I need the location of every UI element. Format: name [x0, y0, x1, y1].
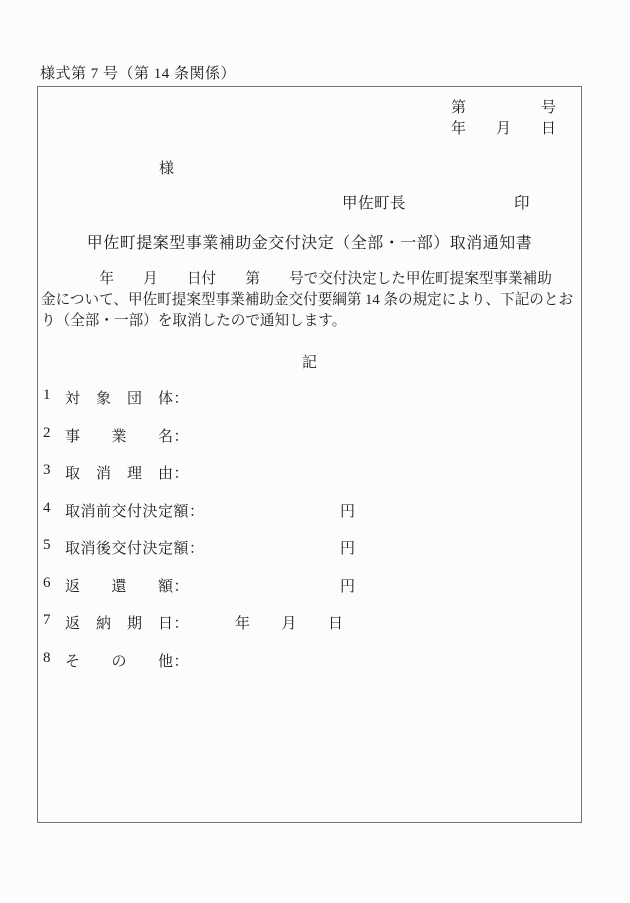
item-number: 8: [43, 650, 51, 667]
sender-title: 甲佐町長: [342, 191, 406, 213]
body-line-2: 金について、甲佐町提案型事業補助金交付要綱第 14 条の規定により、下記のとお: [41, 290, 580, 311]
item-number: 4: [43, 500, 51, 517]
item-number: 1: [43, 387, 51, 404]
addressee-honorific: 様: [159, 157, 174, 178]
list-item-cancellation-reason: 3 取 消 理 由：: [38, 462, 581, 500]
item-label: 取消前交付決定額：: [65, 500, 205, 521]
document-page: 様式第 7 号（第 14 条関係） 第 号 年 月 日 様 甲佐町長 印 甲佐町…: [0, 0, 630, 903]
seal-mark: 印: [514, 191, 530, 213]
document-border-box: 第 号 年 月 日 様 甲佐町長 印 甲佐町提案型事業補助金交付決定（全部・一部…: [37, 86, 582, 823]
item-value-yen: 円: [340, 575, 356, 596]
item-label: そ の 他：: [65, 650, 189, 671]
list-item-refund-amount: 6 返 還 額： 円: [38, 575, 581, 613]
list-item-project-name: 2 事 業 名：: [38, 425, 581, 463]
document-title: 甲佐町提案型事業補助金交付決定（全部・一部）取消通知書: [38, 230, 581, 253]
item-list: 1 対 象 団 体： 2 事 業 名： 3 取 消 理 由： 4 取消前交付決定…: [38, 387, 581, 687]
item-value-yen: 円: [340, 500, 356, 521]
item-number: 7: [43, 612, 51, 629]
body-paragraph: 年 月 日付 第 号で交付決定した甲佐町提案型事業補助 金について、甲佐町提案型…: [41, 269, 580, 332]
item-label: 事 業 名：: [65, 425, 189, 446]
item-label: 返 還 額：: [65, 575, 189, 596]
list-item-target-group: 1 対 象 団 体：: [38, 387, 581, 425]
item-label: 返 納 期 日：: [65, 612, 189, 633]
item-label: 対 象 団 体：: [65, 387, 189, 408]
item-label: 取 消 理 由：: [65, 462, 189, 483]
list-item-amount-after-cancellation: 5 取消後交付決定額： 円: [38, 537, 581, 575]
body-line-1: 年 月 日付 第 号で交付決定した甲佐町提案型事業補助: [41, 269, 580, 290]
item-number: 3: [43, 462, 51, 479]
item-number: 6: [43, 575, 51, 592]
item-value-yen: 円: [340, 537, 356, 558]
list-item-other: 8 そ の 他：: [38, 650, 581, 688]
list-item-amount-before-cancellation: 4 取消前交付決定額： 円: [38, 500, 581, 538]
item-value-date: 年 月 日: [235, 612, 344, 633]
form-number-label: 様式第 7 号（第 14 条関係）: [40, 62, 236, 83]
record-heading: 記: [38, 351, 581, 372]
list-item-refund-due-date: 7 返 納 期 日： 年 月 日: [38, 612, 581, 650]
item-label: 取消後交付決定額：: [65, 537, 205, 558]
item-number: 2: [43, 425, 51, 442]
item-number: 5: [43, 537, 51, 554]
body-line-3: り（全部・一部）を取消したので通知します。: [41, 311, 580, 332]
document-number-line: 第 号: [451, 96, 556, 117]
date-line: 年 月 日: [451, 117, 556, 138]
